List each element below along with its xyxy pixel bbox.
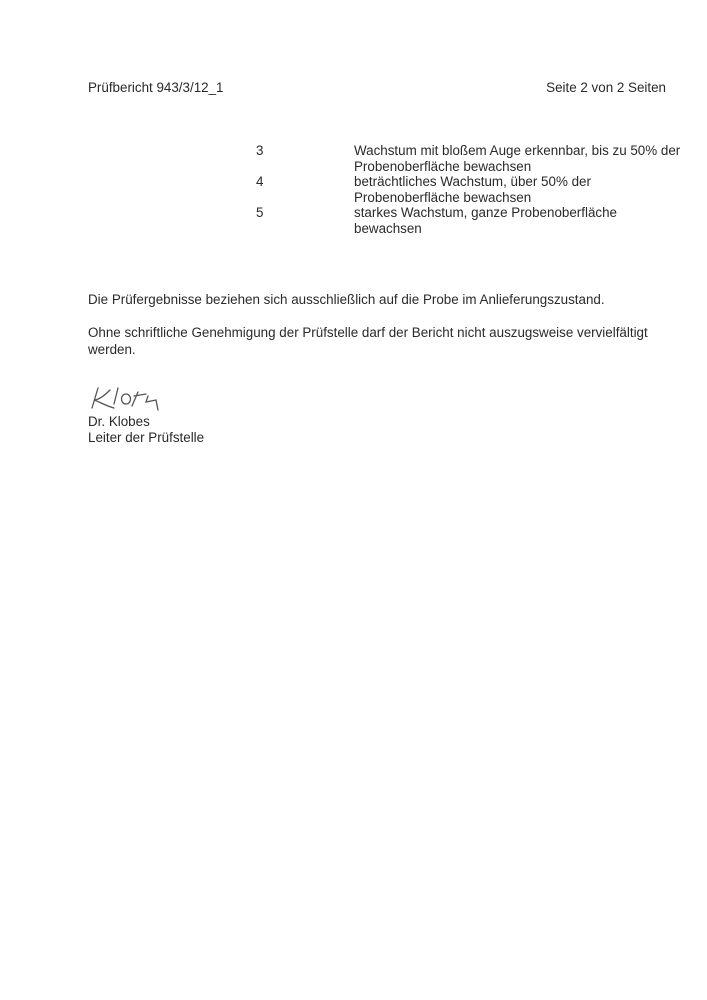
scale-grade: 3	[256, 143, 263, 158]
handwritten-signature-icon	[88, 382, 178, 417]
page-info: Seite 2 von 2 Seiten	[546, 80, 666, 95]
scale-grade: 4	[256, 174, 263, 189]
scale-description: Wachstum mit bloßem Auge erkennbar, bis …	[354, 143, 684, 174]
copyright-note: Ohne schriftliche Genehmigung der Prüfst…	[88, 325, 648, 358]
scale-grade: 5	[256, 205, 263, 220]
scale-description: starkes Wachstum, ganze Probenoberfläche…	[354, 205, 684, 236]
report-id: Prüfbericht 943/3/12_1	[88, 80, 224, 95]
signer-title: Leiter der Prüfstelle	[88, 430, 204, 446]
signer-name: Dr. Klobes	[88, 414, 204, 430]
scale-description: beträchtliches Wachstum, über 50% der Pr…	[354, 174, 684, 205]
signer-block: Dr. Klobes Leiter der Prüfstelle	[88, 414, 204, 446]
scope-note: Die Prüfergebnisse beziehen sich ausschl…	[88, 292, 605, 307]
